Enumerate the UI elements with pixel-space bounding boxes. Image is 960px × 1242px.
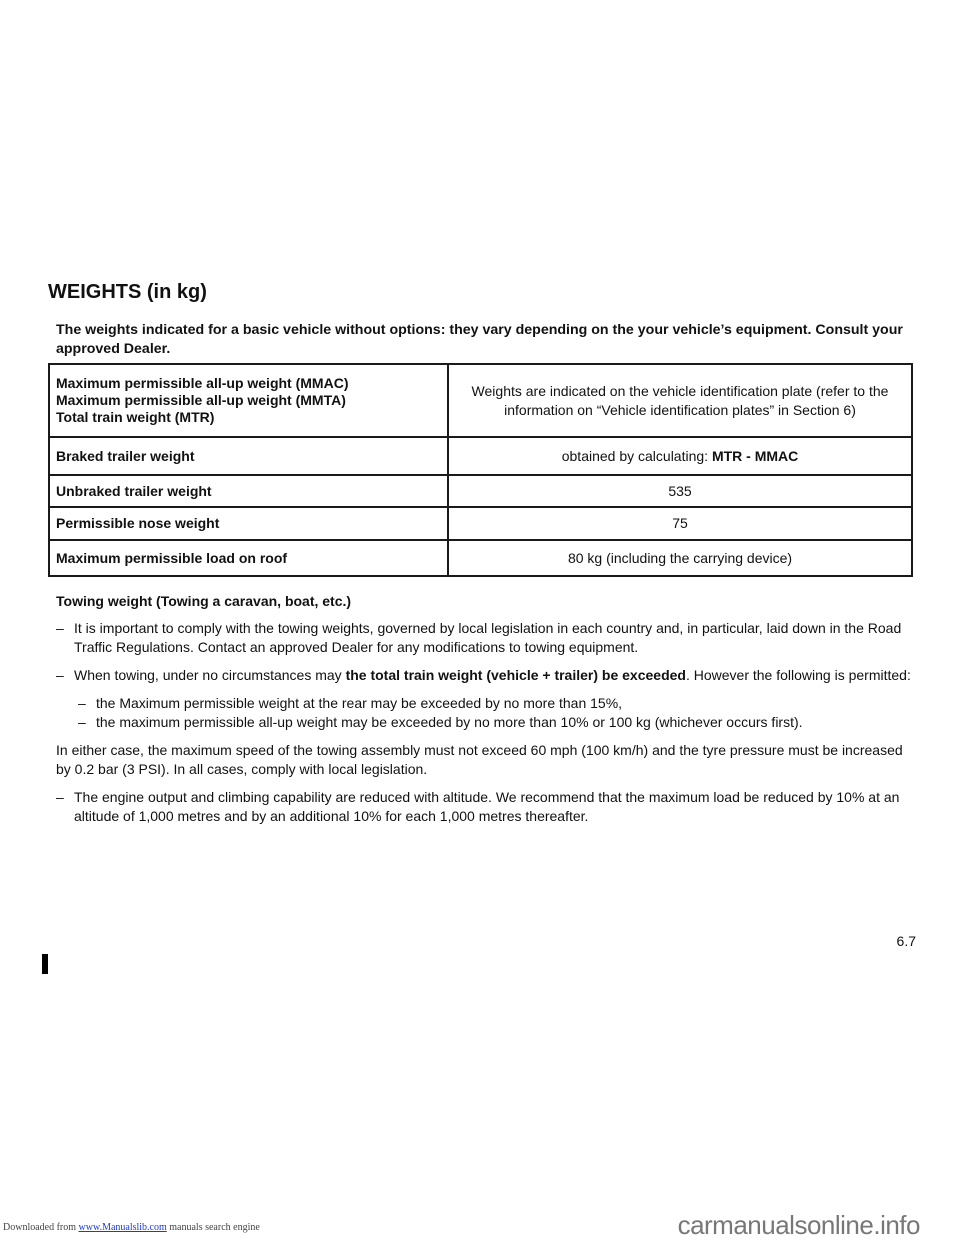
row-value: obtained by calculating: MTR - MMAC xyxy=(448,437,912,475)
value-prefix: obtained by calculating: xyxy=(562,448,712,464)
sub-list: –the Maximum permissible weight at the r… xyxy=(56,694,912,732)
row-value: 535 xyxy=(448,475,912,507)
dash-bullet: – xyxy=(56,619,64,638)
list-item: –When towing, under no circumstances may… xyxy=(56,666,912,685)
label-line: Maximum permissible all-up weight (MMAC) xyxy=(56,375,441,392)
page-title: WEIGHTS (in kg) xyxy=(48,281,207,304)
page-number: 6.7 xyxy=(897,933,916,949)
intro-note: The weights indicated for a basic vehicl… xyxy=(56,321,916,359)
towing-heading: Towing weight (Towing a caravan, boat, e… xyxy=(56,592,912,611)
row-label: Braked trailer weight xyxy=(49,437,448,475)
dash-bullet: – xyxy=(78,713,86,732)
table-row: Braked trailer weight obtained by calcul… xyxy=(49,437,912,475)
item-text: the maximum permissible all-up weight ma… xyxy=(96,714,803,730)
sub-list-item: –the maximum permissible all-up weight m… xyxy=(56,713,912,732)
item-text: . However the following is permitted: xyxy=(686,667,911,683)
label-line: Maximum permissible all-up weight (MMTA) xyxy=(56,392,441,409)
list-item: –The engine output and climbing capabili… xyxy=(56,788,912,826)
manualslib-link[interactable]: www.Manualslib.com xyxy=(79,1222,167,1233)
towing-section: Towing weight (Towing a caravan, boat, e… xyxy=(56,592,912,835)
item-text: The engine output and climbing capabilit… xyxy=(74,789,899,824)
row-label: Permissible nose weight xyxy=(49,507,448,540)
dash-bullet: – xyxy=(56,788,64,807)
row-value: 80 kg (including the carrying device) xyxy=(448,540,912,576)
row-value: 75 xyxy=(448,507,912,540)
table-row: Unbraked trailer weight 535 xyxy=(49,475,912,507)
footer-text: Downloaded from xyxy=(3,1222,79,1233)
sub-list-item: –the Maximum permissible weight at the r… xyxy=(56,694,912,713)
item-text: the Maximum permissible weight at the re… xyxy=(96,695,622,711)
table-row: Maximum permissible all-up weight (MMAC)… xyxy=(49,364,912,437)
watermark: carmanualsonline.info xyxy=(678,1210,920,1241)
list-item: –It is important to comply with the towi… xyxy=(56,619,912,657)
item-emphasis: the total train weight (vehicle + traile… xyxy=(346,667,686,683)
row-label: Maximum permissible load on roof xyxy=(49,540,448,576)
table-row: Maximum permissible load on roof 80 kg (… xyxy=(49,540,912,576)
dash-bullet: – xyxy=(78,694,86,713)
download-footer: Downloaded from www.Manualslib.com manua… xyxy=(3,1222,260,1233)
item-text: It is important to comply with the towin… xyxy=(74,620,901,655)
row-value: Weights are indicated on the vehicle ide… xyxy=(448,364,912,437)
item-text: When towing, under no circumstances may xyxy=(74,667,346,683)
table-row: Permissible nose weight 75 xyxy=(49,507,912,540)
weights-table: Maximum permissible all-up weight (MMAC)… xyxy=(48,363,913,577)
section-marker-bar xyxy=(42,954,48,974)
row-label: Maximum permissible all-up weight (MMAC)… xyxy=(49,364,448,437)
paragraph: In either case, the maximum speed of the… xyxy=(56,741,912,779)
label-line: Total train weight (MTR) xyxy=(56,409,441,426)
row-label: Unbraked trailer weight xyxy=(49,475,448,507)
dash-bullet: – xyxy=(56,666,64,685)
formula: MTR - MMAC xyxy=(712,448,798,464)
footer-text: manuals search engine xyxy=(167,1222,260,1233)
